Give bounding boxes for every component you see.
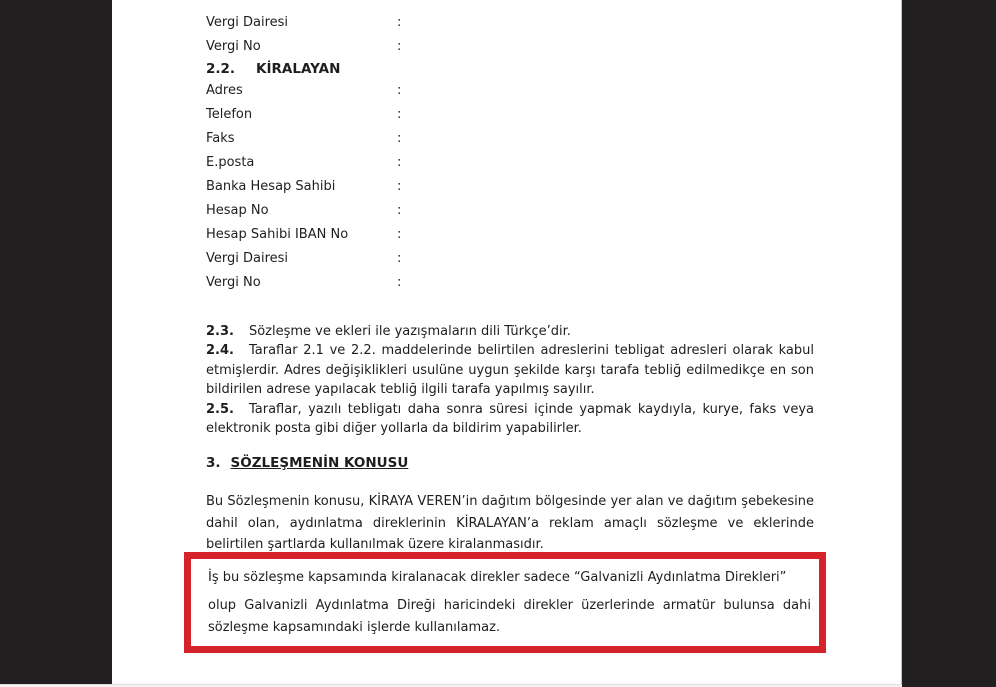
subsection-number: 2.2.: [206, 61, 235, 77]
field-colon: :: [397, 35, 409, 59]
field-label: Vergi No: [206, 35, 397, 59]
form-row: Banka Hesap Sahibi:: [206, 175, 626, 199]
field-label: Vergi Dairesi: [206, 11, 397, 35]
clause-text: Taraflar 2.1 ve 2.2. maddelerinde belirt…: [206, 343, 814, 397]
field-label: E.posta: [206, 151, 397, 175]
clause-number: 2.3.: [206, 324, 234, 339]
clauses-block: 2.3.Sözleşme ve ekleri ile yazışmaların …: [206, 322, 814, 438]
section-3-title: SÖZLEŞMENİN KONUSU: [231, 455, 409, 471]
section-3-number: 3.: [206, 455, 221, 471]
field-colon: :: [397, 175, 409, 199]
section-3-paragraph: Bu Sözleşmenin konusu, KİRAYA VEREN’in d…: [206, 491, 814, 556]
highlighted-clause-line-2: olup Galvanizli Aydınlatma Direği harici…: [208, 595, 811, 639]
form-row: Adres:: [206, 79, 626, 103]
field-colon: :: [397, 11, 409, 35]
clause-number: 2.4.: [206, 343, 234, 358]
clause-paragraph: 2.5.Taraflar, yazılı tebligatı daha sonr…: [206, 400, 814, 439]
field-colon: :: [397, 151, 409, 175]
form-row: Vergi Dairesi:: [206, 11, 626, 35]
subsection-heading: 2.2.KİRALAYAN: [206, 59, 626, 79]
field-colon: :: [397, 247, 409, 271]
field-colon: :: [397, 271, 409, 295]
field-colon: :: [397, 223, 409, 247]
form-row: Vergi No:: [206, 271, 626, 295]
clause-number: 2.5.: [206, 402, 234, 417]
field-colon: :: [397, 103, 409, 127]
field-label: Hesap No: [206, 199, 397, 223]
subsection-title: KİRALAYAN: [256, 61, 340, 77]
document-viewer: Vergi Dairesi:Vergi No:2.2.KİRALAYANAdre…: [0, 0, 996, 687]
field-label: Telefon: [206, 103, 397, 127]
field-label: Vergi Dairesi: [206, 247, 397, 271]
clause-text: Taraflar, yazılı tebligatı daha sonra sü…: [206, 402, 814, 436]
highlighted-clause-line-1: İş bu sözleşme kapsamında kiralanacak di…: [208, 567, 811, 589]
field-colon: :: [397, 127, 409, 151]
document-page: Vergi Dairesi:Vergi No:2.2.KİRALAYANAdre…: [112, 0, 902, 684]
form-row: Faks:: [206, 127, 626, 151]
clause-text: Sözleşme ve ekleri ile yazışmaların dili…: [249, 324, 571, 339]
form-row: Hesap No:: [206, 199, 626, 223]
section-3-heading: 3.SÖZLEŞMENİN KONUSU: [206, 455, 408, 471]
field-colon: :: [397, 199, 409, 223]
contact-fields-block: Vergi Dairesi:Vergi No:2.2.KİRALAYANAdre…: [206, 11, 626, 295]
highlighted-clause-box: İş bu sözleşme kapsamında kiralanacak di…: [184, 552, 826, 653]
form-row: Vergi No:: [206, 35, 626, 59]
form-row: E.posta:: [206, 151, 626, 175]
field-label: Adres: [206, 79, 397, 103]
form-row: Hesap Sahibi IBAN No:: [206, 223, 626, 247]
field-label: Vergi No: [206, 271, 397, 295]
field-label: Hesap Sahibi IBAN No: [206, 223, 397, 247]
clause-paragraph: 2.3.Sözleşme ve ekleri ile yazışmaların …: [206, 322, 814, 341]
field-label: Faks: [206, 127, 397, 151]
field-colon: :: [397, 79, 409, 103]
clause-paragraph: 2.4.Taraflar 2.1 ve 2.2. maddelerinde be…: [206, 341, 814, 399]
form-row: Vergi Dairesi:: [206, 247, 626, 271]
form-row: Telefon:: [206, 103, 626, 127]
field-label: Banka Hesap Sahibi: [206, 175, 397, 199]
